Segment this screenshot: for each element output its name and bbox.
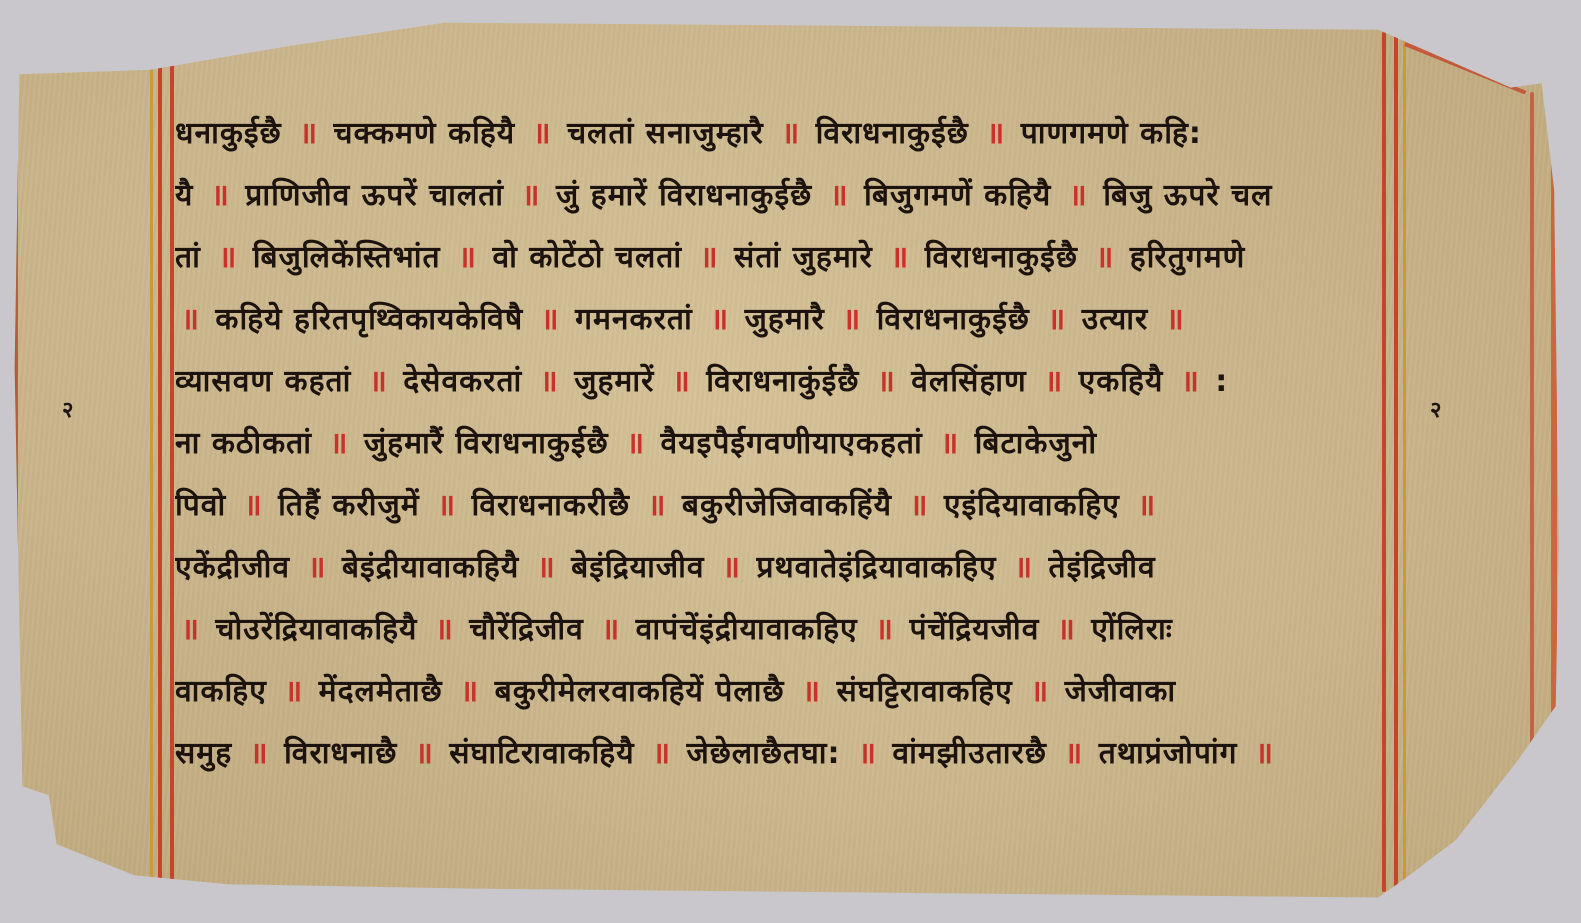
right-yellow-rule: [1403, 37, 1406, 887]
danda-mark: ॥: [1166, 298, 1185, 342]
danda-mark: ॥: [460, 670, 479, 714]
text-segment: बिजु ऊपरे चल: [1092, 178, 1273, 213]
danda-mark: ॥: [537, 546, 556, 590]
text-segment: बकुरीमेलरवाकहियें पेलाछै: [483, 674, 796, 709]
text-segment: बिजुगमणें कहियै: [853, 178, 1063, 213]
danda-mark: ॥: [1044, 360, 1063, 404]
left-red-rule-1: [158, 22, 162, 882]
danda-mark: ॥: [875, 608, 894, 652]
text-segment: बिटाकेजुनो: [963, 426, 1097, 461]
danda-mark: ॥: [672, 360, 691, 404]
text-segment: तेइंद्रिजीव: [1037, 550, 1156, 585]
danda-mark: ॥: [986, 112, 1005, 156]
text-segment: बिजुलिकेंस्तिभांत: [241, 240, 452, 275]
text-segment: तिहैं करीजुमें: [267, 488, 431, 523]
danda-mark: ॥: [1069, 174, 1088, 218]
danda-mark: ॥: [1047, 298, 1066, 342]
right-edge-red-border: [1551, 82, 1557, 782]
text-segment: वाकहिए: [175, 674, 278, 709]
text-segment: विराधनाकुंईछै: [695, 364, 871, 399]
danda-mark: ॥: [890, 236, 909, 280]
text-segment: पंचेंद्रियजीव: [898, 612, 1051, 647]
text-segment: जुंहमारैं विराधनाकुईछै: [352, 426, 620, 461]
text-segment: जेजीवाका: [1053, 674, 1176, 709]
danda-mark: ॥: [250, 732, 269, 776]
text-segment: बकुरीजेजिवाकहिंयै: [670, 488, 903, 523]
text-segment: प्रथवातेइंद्रियावाकहिए: [745, 550, 1008, 585]
danda-mark: ॥: [181, 298, 200, 342]
text-segment: एकहियै: [1067, 364, 1175, 399]
text-segment: प्राणिजीव ऊपरें चालतां: [234, 178, 516, 213]
danda-mark: ॥: [830, 174, 849, 218]
text-segment: तथाप्रंजोपांग: [1087, 736, 1249, 771]
text-segment: जुहमारें: [563, 364, 666, 399]
text-segment: वो कोटेंठो चलतां: [481, 240, 694, 275]
danda-mark: ॥: [211, 174, 230, 218]
text-segment: यै: [175, 178, 205, 213]
text-segment: वैयइपैईगवणीयाएकहतां: [649, 426, 934, 461]
danda-mark: ॥: [307, 546, 326, 590]
danda-mark: ॥: [284, 670, 303, 714]
text-segment: चोउरेंद्रियावाकहियै: [204, 612, 429, 647]
text-segment: बेइंद्रीयावाकहियै: [330, 550, 530, 585]
text-segment: संघट्टिरावाकहिए: [825, 674, 1024, 709]
danda-mark: ॥: [244, 484, 263, 528]
text-line-7: पिवो ॥ तिहैं करीजुमें ॥ विराधनाकरीछै ॥ ब…: [175, 484, 1390, 546]
text-segment: वेलसिंहाण: [900, 364, 1038, 399]
text-segment: धनाकुईछै: [175, 116, 293, 151]
text-segment: ना कठीकतां: [175, 426, 323, 461]
text-line-6: ना कठीकतां ॥ जुंहमारैं विराधनाकुईछै ॥ वै…: [175, 422, 1390, 484]
text-segment: :: [1204, 364, 1228, 399]
danda-mark: ॥: [415, 732, 434, 776]
text-segment: चौरेंद्रिजीव: [458, 612, 595, 647]
left-red-rule-2: [170, 22, 174, 882]
text-segment: तां: [175, 240, 212, 275]
text-segment: संतां जुहमारे: [723, 240, 885, 275]
text-segment: उत्यार: [1070, 302, 1159, 337]
danda-mark: ॥: [858, 732, 877, 776]
text-line-8: एकेंद्रीजीव ॥ बेइंद्रीयावाकहियै ॥ बेइंद्…: [175, 546, 1390, 608]
text-segment: चक्कमणे कहियै: [322, 116, 527, 151]
text-segment: संघाटिरावाकहियै: [438, 736, 646, 771]
text-segment: जुं हमारें विराधनाकुईछै: [545, 178, 824, 213]
text-segment: विराधनाकरीछै: [460, 488, 641, 523]
danda-mark: ॥: [877, 360, 896, 404]
danda-mark: ॥: [329, 422, 348, 466]
danda-mark: ॥: [1181, 360, 1200, 404]
text-line-5: व्यासवण कहतां ॥ देसेवकरतां ॥ जुहमारें ॥ …: [175, 360, 1390, 422]
text-segment: जेछेलाछैतघा:: [675, 736, 852, 771]
text-line-9: ॥ चोउरेंद्रियावाकहियै ॥ चौरेंद्रिजीव ॥ व…: [175, 608, 1390, 670]
text-segment: मेंदलमेताछै: [307, 674, 454, 709]
danda-mark: ॥: [1064, 732, 1083, 776]
danda-mark: ॥: [369, 360, 388, 404]
text-segment: चलतां सनाजुम्हारै: [556, 116, 776, 151]
text-segment: गमनकरतां: [564, 302, 705, 337]
danda-mark: ॥: [601, 608, 620, 652]
text-line-1: धनाकुईछै ॥ चक्कमणे कहियै ॥ चलतां सनाजुम्…: [175, 112, 1390, 174]
danda-mark: ॥: [541, 298, 560, 342]
danda-mark: ॥: [1095, 236, 1114, 280]
text-segment: एइंदियावाकहिए: [932, 488, 1131, 523]
text-line-11: समुह ॥ विराधनाछै ॥ संघाटिरावाकहियै ॥ जेछ…: [175, 732, 1390, 794]
danda-mark: ॥: [437, 484, 456, 528]
text-segment: बेइंद्रियाजीव: [560, 550, 716, 585]
danda-mark: ॥: [781, 112, 800, 156]
danda-mark: ॥: [626, 422, 645, 466]
text-segment: समुह: [175, 736, 244, 771]
danda-mark: ॥: [940, 422, 959, 466]
folio-number-right: २: [1430, 394, 1441, 424]
text-segment: एोंलिराः: [1080, 612, 1173, 647]
danda-mark: ॥: [218, 236, 237, 280]
text-segment: विराधनाकुईछै: [913, 240, 1089, 275]
danda-mark: ॥: [458, 236, 477, 280]
danda-mark: ॥: [540, 360, 559, 404]
text-segment: विराधनाछै: [273, 736, 409, 771]
left-edge-red-border: [10, 82, 18, 802]
text-segment: पिवो: [175, 488, 238, 523]
text-segment: एकेंद्रीजीव: [175, 550, 301, 585]
danda-mark: ॥: [647, 484, 666, 528]
right-outer-red-rule: [1530, 92, 1534, 792]
manuscript-text: धनाकुईछै ॥ चक्कमणे कहियै ॥ चलतां सनाजुम्…: [175, 112, 1390, 794]
danda-mark: ॥: [435, 608, 454, 652]
text-segment: वांमझीउतारछै: [881, 736, 1058, 771]
text-segment: कहिये हरितपृथ्विकायकेविषै: [204, 302, 535, 337]
text-line-4: ॥ कहिये हरितपृथ्विकायकेविषै ॥ गमनकरतां ॥…: [175, 298, 1390, 360]
danda-mark: ॥: [909, 484, 928, 528]
text-line-3: तां ॥ बिजुलिकेंस्तिभांत ॥ वो कोटेंठो चलत…: [175, 236, 1390, 298]
left-yellow-rule: [150, 32, 153, 882]
folio-number-left: २: [62, 394, 73, 424]
danda-mark: ॥: [1030, 670, 1049, 714]
danda-mark: ॥: [181, 608, 200, 652]
text-segment: हरितुगमणे: [1118, 240, 1245, 275]
right-red-rule-2: [1394, 32, 1398, 892]
text-segment: विराधनाकुईछै: [865, 302, 1041, 337]
danda-mark: ॥: [700, 236, 719, 280]
danda-mark: ॥: [710, 298, 729, 342]
danda-mark: ॥: [652, 732, 671, 776]
text-segment: पाणगमणे कहि:: [1009, 116, 1202, 151]
danda-mark: ॥: [1057, 608, 1076, 652]
text-segment: देसेवकरतां: [392, 364, 534, 399]
danda-mark: ॥: [1255, 732, 1274, 776]
danda-mark: ॥: [522, 174, 541, 218]
danda-mark: ॥: [842, 298, 861, 342]
danda-mark: ॥: [1137, 484, 1156, 528]
danda-mark: ॥: [533, 112, 552, 156]
text-segment: वापंचेंइंद्रीयावाकहिए: [624, 612, 869, 647]
text-line-2: यै ॥ प्राणिजीव ऊपरें चालतां ॥ जुं हमारें…: [175, 174, 1390, 236]
danda-mark: ॥: [802, 670, 821, 714]
text-line-10: वाकहिए ॥ मेंदलमेताछै ॥ बकुरीमेलरवाकहियें…: [175, 670, 1390, 732]
danda-mark: ॥: [722, 546, 741, 590]
text-segment: जुहमारै: [733, 302, 836, 337]
text-segment: विराधनाकुईछै: [804, 116, 980, 151]
danda-mark: ॥: [1014, 546, 1033, 590]
danda-mark: ॥: [299, 112, 318, 156]
text-segment: व्यासवण कहतां: [175, 364, 363, 399]
